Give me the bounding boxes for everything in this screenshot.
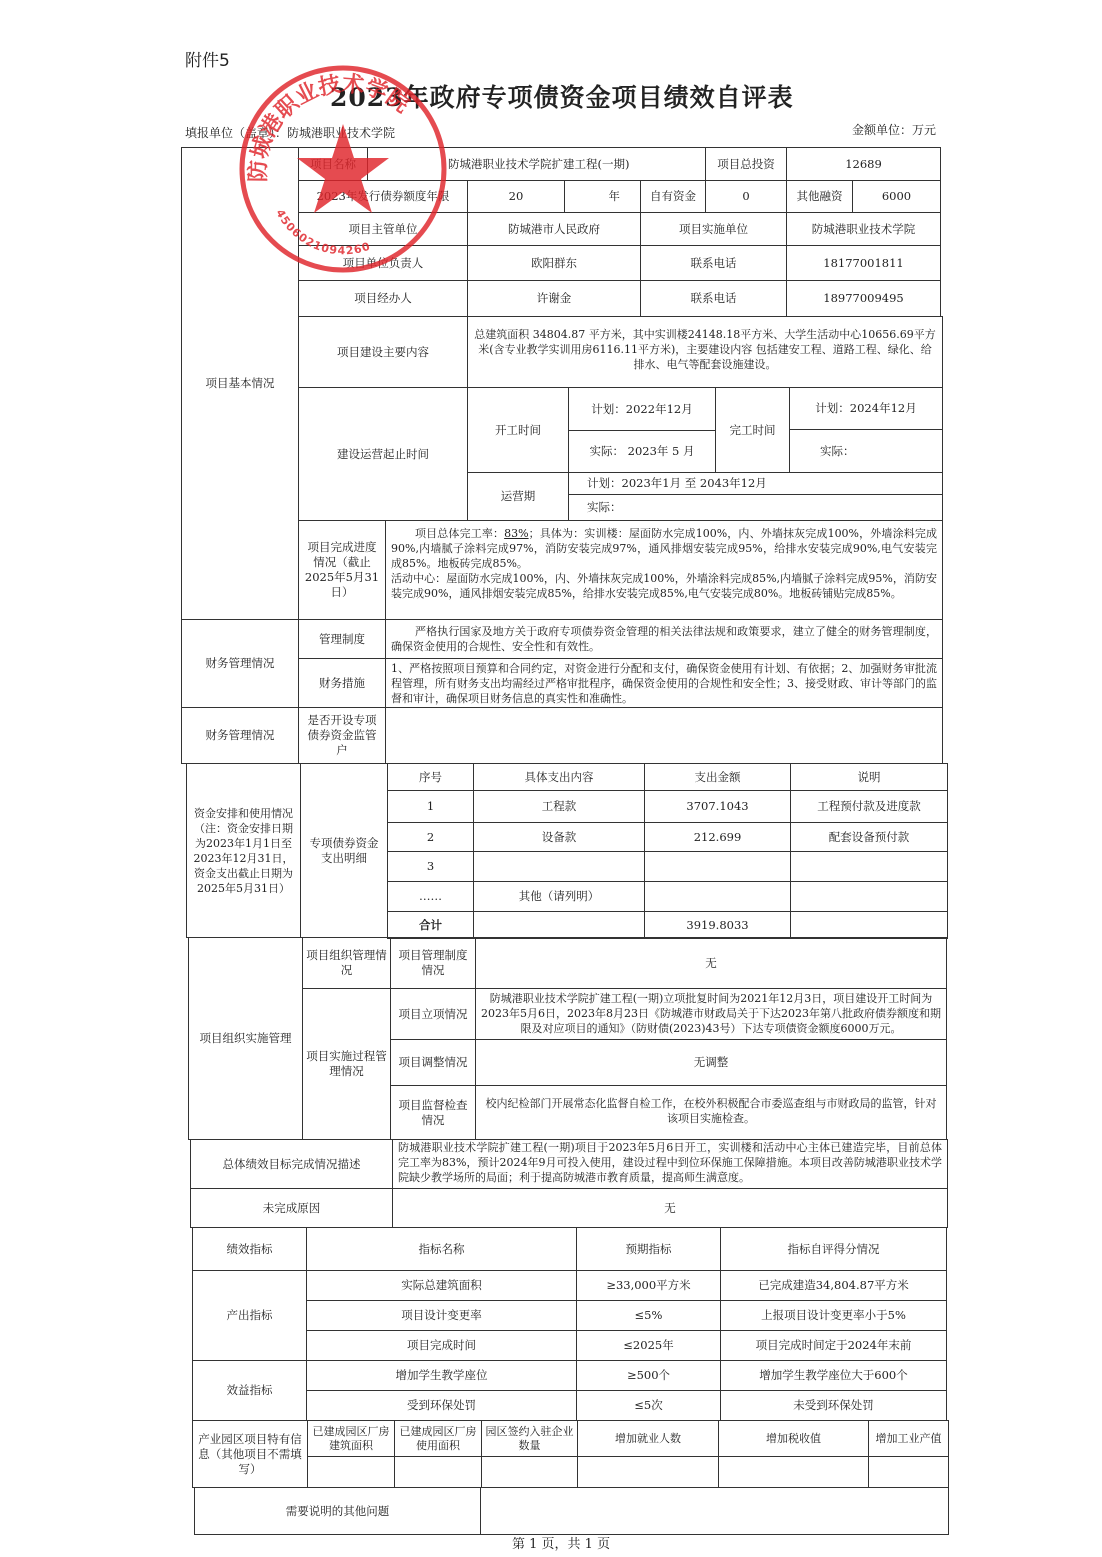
bond-term-value: 20: [467, 180, 565, 213]
funds-row-amount: 3707.1043: [644, 790, 791, 823]
page-footer: 第 1 页，共 1 页: [512, 1533, 610, 1552]
account-label: 是否开设专项债券资金监管户: [298, 707, 386, 764]
org-system-value: 无: [475, 937, 947, 989]
progress-label: 项目完成进度情况（截止2025年5月31日）: [298, 520, 386, 620]
finance-system-text: 严格执行国家及地方关于政府专项债券资金管理的相关法律法规和政策要求，建立了健全的…: [385, 619, 943, 659]
adjust-label: 项目调整情况: [390, 1039, 476, 1086]
funds-row-no: 1: [387, 790, 474, 823]
page-title: 2023年政府专项债资金项目绩效自评表: [330, 78, 794, 114]
kpi-target: ≤5次: [576, 1390, 721, 1421]
reporting-unit: 填报单位（盖章）：防城港职业技术学院: [185, 124, 395, 141]
finish-actual: 实际：: [789, 429, 943, 473]
park-col-header: 增加就业人数: [577, 1420, 719, 1457]
overall-label: 总体绩效目标完成情况描述: [190, 1139, 393, 1189]
park-value[interactable]: [577, 1456, 719, 1488]
section-basic-label: 项目基本情况: [181, 147, 299, 620]
funds-row-amount: 212.699: [644, 822, 791, 852]
process-label: 项目实施过程管理情况: [302, 988, 391, 1140]
org-mgmt-label: 项目组织管理情况: [302, 937, 391, 989]
funds-col-header: 序号: [387, 763, 474, 791]
section-org-label: 项目组织实施管理: [188, 937, 303, 1140]
kpi-result: 项目完成时间定于2024年末前: [720, 1330, 947, 1361]
funds-row-item: [473, 851, 645, 882]
authority-value: 防城港市人民政府: [467, 212, 641, 246]
kpi-result: 未受到环保处罚: [720, 1390, 947, 1421]
other-financing-label: 其他融资: [786, 180, 853, 213]
funds-total-note: [790, 911, 948, 939]
amount-unit: 金额单位：万元: [852, 121, 936, 138]
park-col-header: 已建成园区厂房建筑面积: [307, 1420, 395, 1457]
implementer-value: 防城港职业技术学院: [786, 212, 941, 246]
section-funds-label: 资金安排和使用情况（注：资金安排日期为2023年1月1日至2023年12月31日…: [186, 763, 301, 938]
start-plan: 计划：2022年12月: [568, 387, 716, 431]
kpi-result: 上报项目设计变更率小于5%: [720, 1300, 947, 1331]
account-value[interactable]: [385, 707, 943, 764]
park-col-header: 园区签约入驻企业数量: [481, 1420, 578, 1457]
kpi-name: 受到环保处罚: [306, 1390, 577, 1421]
approval-label: 项目立项情况: [390, 988, 476, 1040]
supervise-label: 项目监督检查情况: [390, 1085, 476, 1140]
kpi-name: 项目完成时间: [306, 1330, 577, 1361]
progress-text: 项目总体完工率：83%；具体为：实训楼：屋面防水完成100%，内、外墙抹灰完成1…: [385, 520, 943, 620]
operation-plan: 计划：2023年1月 至 2043年12月: [568, 472, 943, 495]
operation-actual: 实际：: [568, 494, 943, 521]
bond-term-unit: 年: [564, 180, 641, 213]
kpi-target: ≤5%: [576, 1300, 721, 1331]
bond-term-label: 2023年发行债券额度年限: [298, 180, 468, 213]
park-value[interactable]: [718, 1456, 869, 1488]
other-financing-value: 6000: [852, 180, 941, 213]
unfinished-label: 未完成原因: [190, 1188, 393, 1228]
funds-total-label: 合计: [387, 911, 474, 939]
finish-plan: 计划：2024年12月: [789, 387, 943, 430]
kpi-target: ≤2025年: [576, 1330, 721, 1361]
finance-measures-label: 财务措施: [298, 658, 386, 708]
funds-row-note: 配套设备预付款: [790, 822, 948, 852]
project-name-label: 项目名称: [298, 147, 368, 181]
handler-phone-value: 18977009495: [786, 280, 941, 317]
park-col-header: 已建成园区厂房使用面积: [394, 1420, 482, 1457]
funds-row-no: ……: [387, 881, 474, 912]
own-funds-label: 自有资金: [640, 180, 706, 213]
progress-prefix: 项目总体完工率：: [391, 527, 504, 540]
adjust-value: 无调整: [475, 1039, 947, 1086]
handler-phone-label: 联系电话: [640, 280, 787, 317]
leader-label: 项目单位负责人: [298, 245, 468, 281]
unfinished-value: 无: [392, 1188, 948, 1228]
total-investment-value: 12689: [786, 147, 941, 181]
park-value[interactable]: [307, 1456, 395, 1488]
finance-system-label: 管理制度: [298, 619, 386, 659]
finish-label: 完工时间: [715, 387, 790, 473]
period-label: 建设运营起止时间: [298, 387, 468, 521]
supervise-text: 校内纪检部门开展常态化监督自检工作，在校外积极配合市委巡查组与市财政局的监管，针…: [475, 1085, 947, 1140]
start-actual: 实际： 2023年 5 月: [568, 430, 716, 473]
kpi-name: 实际总建筑面积: [306, 1270, 577, 1301]
progress-rate: 83%: [504, 527, 528, 540]
kpi-name: 增加学生教学座位: [306, 1360, 577, 1391]
section-finance-label: 财务管理情况: [181, 619, 299, 708]
park-value[interactable]: [868, 1456, 949, 1488]
other-value[interactable]: [480, 1487, 949, 1535]
park-value[interactable]: [394, 1456, 482, 1488]
overall-text: 防城港职业技术学院扩建工程(一期)项目于2023年5月6日开工，实训楼和活动中心…: [392, 1139, 948, 1189]
start-label: 开工时间: [467, 387, 569, 473]
kpi-result: 已完成建造34,804.87平方米: [720, 1270, 947, 1301]
funds-row-item: 工程款: [473, 790, 645, 823]
funds-col-header: 说明: [790, 763, 948, 791]
kpi-group-label: 效益指标: [192, 1360, 307, 1421]
handler-label: 项目经办人: [298, 280, 468, 317]
content-text: 总建筑面积 34804.87 平方米，其中实训楼24148.18平方米、大学生活…: [467, 316, 943, 388]
park-col-header: 增加税收值: [718, 1420, 869, 1457]
funds-row-note: [790, 881, 948, 912]
funds-row-note: 工程预付款及进度款: [790, 790, 948, 823]
funds-row-amount: [644, 881, 791, 912]
org-system-label: 项目管理制度情况: [390, 937, 476, 989]
leader-value: 欧阳群东: [467, 245, 641, 281]
park-col-header: 增加工业产值: [868, 1420, 949, 1457]
funds-total-amount: 3919.8033: [644, 911, 791, 939]
project-name-value: 防城港职业技术学院扩建工程(一期): [367, 147, 706, 181]
progress-text2: 活动中心：屋面防水完成100%，内、外墙抹灰完成100%，外墙涂料完成85%,内…: [391, 572, 937, 600]
funds-col-header: 支出金额: [644, 763, 791, 791]
own-funds-value: 0: [705, 180, 787, 213]
section-finance2-label: 财务管理情况: [181, 707, 299, 764]
kpi-target: ≥33,000平方米: [576, 1270, 721, 1301]
funds-row-amount: [644, 851, 791, 882]
handler-value: 许谢金: [467, 280, 641, 317]
implementer-label: 项目实施单位: [640, 212, 787, 246]
operation-label: 运营期: [467, 472, 569, 521]
content-label: 项目建设主要内容: [298, 316, 468, 388]
kpi-col-header: 指标自评得分情况: [720, 1227, 947, 1271]
other-label: 需要说明的其他问题: [194, 1487, 481, 1535]
finance-measures-text: 1、严格按照项目预算和合同约定，对资金进行分配和支付，确保资金使用有计划、有依据…: [385, 658, 943, 708]
leader-phone-label: 联系电话: [640, 245, 787, 281]
approval-text: 防城港职业技术学院扩建工程(一期)立项批复时间为2021年12月3日，项目建设开…: [475, 988, 947, 1040]
section-basic-text: 项目基本情况: [206, 376, 275, 391]
funds-row-no: 2: [387, 822, 474, 852]
park-value[interactable]: [481, 1456, 578, 1488]
kpi-group-label: 产出指标: [192, 1270, 307, 1361]
funds-col-header: 具体支出内容: [473, 763, 645, 791]
funds-detail-label: 专项债券资金支出明细: [300, 763, 388, 938]
funds-row-item: 其他（请列明）: [473, 881, 645, 912]
kpi-col-header: 预期指标: [576, 1227, 721, 1271]
kpi-name: 项目设计变更率: [306, 1300, 577, 1331]
kpi-col-header: 绩效指标: [192, 1227, 307, 1271]
funds-total-empty: [473, 911, 645, 939]
funds-row-item: 设备款: [473, 822, 645, 852]
funds-row-no: 3: [387, 851, 474, 882]
attachment-label: 附件5: [185, 46, 230, 71]
total-investment-label: 项目总投资: [705, 147, 787, 181]
funds-row-note: [790, 851, 948, 882]
kpi-col-header: 指标名称: [306, 1227, 577, 1271]
leader-phone-value: 18177001811: [786, 245, 941, 281]
kpi-target: ≥500个: [576, 1360, 721, 1391]
park-label: 产业园区项目特有信息（其他项目不需填写）: [192, 1420, 308, 1488]
kpi-result: 增加学生教学座位大于600个: [720, 1360, 947, 1391]
authority-label: 项目主管单位: [298, 212, 468, 246]
